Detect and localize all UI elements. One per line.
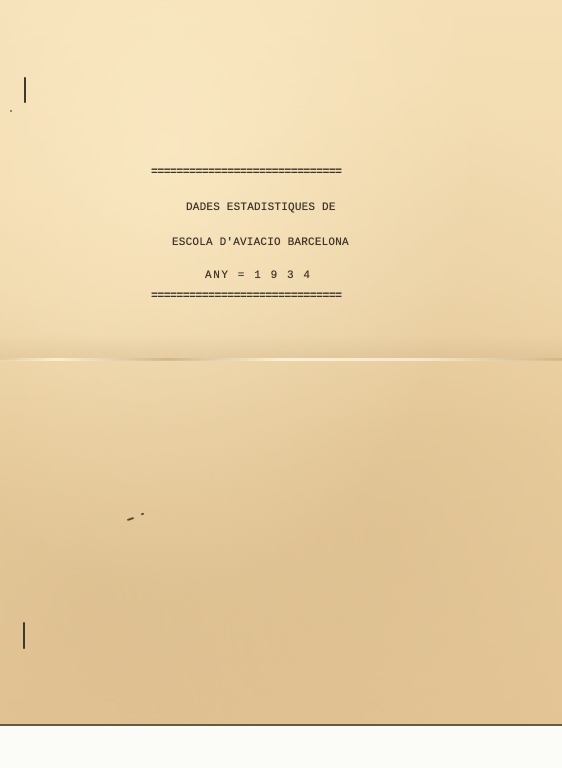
cover-title-block: ============================== DADES EST… [0,0,562,726]
title-line-2: ESCOLA D'AVIACIO BARCELONA [172,237,349,249]
title-year: ANY = 1 9 3 4 [205,270,312,282]
top-rule: ============================== [151,167,369,179]
scanned-page: ============================== DADES EST… [0,0,562,768]
bottom-rule: ============================== [151,291,369,303]
title-line-1: DADES ESTADISTIQUES DE [186,202,336,214]
